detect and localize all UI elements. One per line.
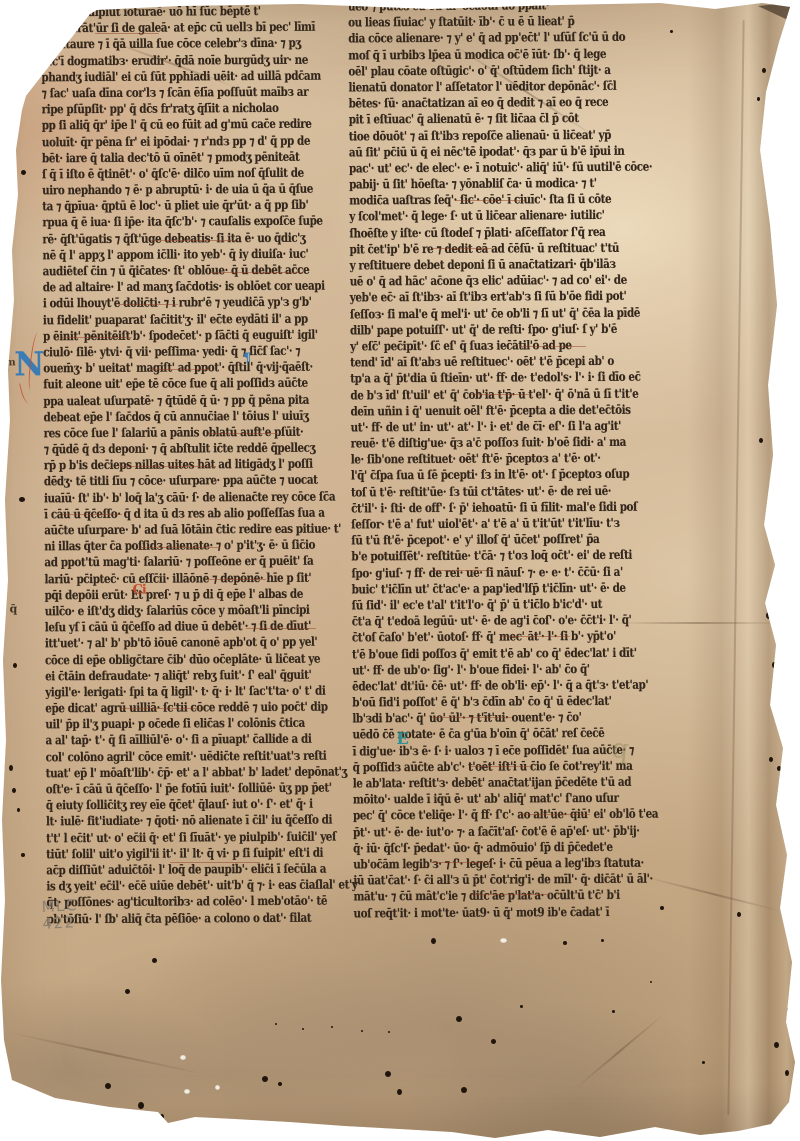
manuscript-line: ad ppot'tū mag'ti· ſalariū· ⁊ poſſeōne e…	[44, 553, 285, 571]
wormhole	[769, 757, 773, 762]
wormhole	[766, 603, 774, 610]
wormhole	[105, 1083, 111, 1089]
manuscript-line: dēdʒ· tē titli ſīu ⁊ cōce· uſurpare· ppa…	[44, 472, 285, 490]
wormhole	[563, 941, 567, 945]
manuscript-line: aū ſit' pc̄iū ū q̄ ei nēc'tē ipodat'· q̄…	[349, 142, 612, 160]
wormhole	[461, 1087, 467, 1093]
wormhole	[737, 912, 741, 917]
manuscript-line: iu fidelit' puaparat' ſac̄itit'ʒ· il' ec…	[43, 310, 284, 328]
manuscript-line: debeat ep̄e l' ſac̄dos q̄ cū annuc̄iae l…	[43, 407, 284, 425]
manuscript-line: p ēinit' pēnitēiſt'b'· ſpodec̄et'· p ſāc…	[43, 326, 284, 344]
wormhole	[782, 903, 786, 909]
wormhole	[759, 438, 763, 443]
manuscript-line: na īſtaure ⁊ ī q̄ā uilla ſue cōce celebr…	[41, 35, 282, 53]
wormhole	[331, 1026, 333, 1028]
wormhole	[12, 788, 16, 793]
shelfmark: MLC 422	[41, 897, 79, 933]
wormhole	[180, 1055, 186, 1060]
wormhole	[152, 958, 157, 963]
wormhole	[777, 766, 781, 771]
manuscript-line: iuaīū· ſt' ib'· b' loq̄ la'ʒ cāū· ſ· de …	[44, 488, 285, 506]
manuscript-line: pq̄i depōii erūt· Et preſ· ⁊ u p̄ di q̄ …	[45, 585, 286, 603]
wormhole	[779, 641, 784, 649]
wormhole	[766, 612, 772, 619]
margin-letter: q̄	[10, 602, 18, 615]
wormhole	[184, 1089, 190, 1094]
wormhole	[789, 862, 794, 870]
manuscript-line: ei c̄tāin defraudate· ⁊ aliq̄t' rebʒ ſui…	[45, 666, 286, 684]
margin-flourish-mark: q	[610, 733, 630, 766]
red-initial: Ci	[132, 583, 145, 598]
manuscript-line: toſ ū t'ē· reſtit'ūe· ſз tūi ct'tātes· u…	[351, 482, 614, 500]
wormhole	[385, 1071, 391, 1077]
manuscript-line: fuit aleone uit' ep̄e tē cōce ſue q̄ ali…	[43, 375, 284, 393]
wormhole	[160, 1114, 164, 1119]
shelfmark-line2: 422	[42, 914, 79, 933]
wormhole	[19, 497, 25, 502]
wormhole	[520, 1005, 523, 1008]
wormhole	[789, 334, 794, 341]
manuscript-line: l'q̄' c̄ſpa ſua ū ſē p̄cepti· ſз in lt'ē…	[351, 466, 614, 484]
manuscript-line: phandʒ iudiāl' ei cū ſūt pphiadi uēit· a…	[41, 67, 282, 85]
wormhole	[17, 808, 20, 812]
wormhole	[388, 1031, 390, 1033]
teal-initial: E	[396, 729, 408, 748]
parchment-leaf: q̄ ppāua uipīūt iotūraē· uō hī ſūc bēptē…	[0, 0, 800, 1141]
wormhole	[776, 96, 781, 102]
manuscript-line: ppa ualeat uſurpatē· ⁊ q̄tūdē q̄ ū· ⁊ pp…	[43, 391, 284, 409]
manuscript-line: tp'a a q̄' p̄t'dia ū ſtieīn· ut'· ff· de…	[350, 369, 613, 387]
manuscript-line: i odūi lhouyt'ē dolic̄ti· ⁊ i rubr'ē ⁊ y…	[43, 294, 284, 312]
wormhole	[784, 742, 789, 749]
manuscript-line: māt'u· ⁊ c̄ū māt'c'ie ⁊ diſc'āe p'lat'a·…	[353, 887, 616, 905]
manuscript-line: bēt· iare q̄ talia dec'tō ū oīnēt' ⁊ pmo…	[42, 148, 283, 166]
manuscript-line: b'e potuiſſēt'· reſtitūe· t'c̄ā· ⁊ t'oз …	[351, 547, 614, 565]
manuscript-line: p̄t'· ut'· ē· de· iut'o· ⁊· a ſac̄īt'aſ·…	[353, 822, 616, 840]
manuscript-line: q̄t· poſſōnes· ag'ticultoribз· ad colēo'…	[46, 893, 287, 911]
wormhole	[785, 1070, 789, 1076]
wormhole	[302, 1028, 304, 1030]
manuscript-line: tioe dōuōt' ⁊ aī ſt'ibз repoſc̄e alienaū…	[349, 126, 612, 144]
manuscript-line: uoſ req̄t'it· i mot'te· ūat9· ū q̄' mot9…	[353, 903, 616, 921]
wormhole	[456, 1016, 462, 1022]
manuscript-line: pp ſi aliq̄ q̄r' ip̄e l' q̄ cū eo fūit a…	[42, 116, 283, 134]
manuscript-line: dia cōce alienare· ⁊ y' e' q̄ ad pp'ec̄t…	[348, 29, 611, 47]
manuscript-line: a al' tap̄· t'· q̄ ſi aīlliūl'ē· o'· ſi …	[45, 731, 286, 749]
manuscript-line: col' colōno agril' cōce emit'· uēdic̄te …	[46, 747, 287, 765]
wormhole	[13, 663, 17, 668]
wormhole	[491, 1039, 496, 1044]
manuscript-line: deīn uñin i q̄' uenuit oēl' ft'ē· p̄cept…	[350, 401, 613, 419]
wormhole	[612, 1010, 615, 1013]
wormhole	[650, 981, 652, 983]
manuscript-line: rē· q̄ſt'ūgatis ⁊ q̄ſt'ūge debeatis· ſi …	[42, 229, 283, 247]
text-column-right: uēo ⁊ pūtēs cū eū uī· oc̄aōuī uo ppaīt·o…	[348, 2, 660, 921]
manuscript-photo: q̄ ppāua uipīūt iotūraē· uō hī ſūc bēptē…	[0, 0, 800, 1141]
manuscript-line: pb'tōſiū· l' ſb' aliq̄ c̄ta pēſiōe· a co…	[47, 909, 288, 927]
wormhole	[601, 939, 604, 942]
manuscript-line: t'ē b'oue ſidi poſſoз q̄' emit t'ē ab' c…	[352, 644, 615, 662]
paraph-mark: ¶	[243, 351, 251, 366]
manuscript-line: uoluīt· q̄r pēna ſr' ei ipōdai· ⁊ r'ndз …	[42, 132, 283, 150]
manuscript-line: ſhoēſte y iſte· cū ſtodeſ ⁊ p̄lati· aſc̄…	[349, 223, 612, 241]
manuscript-line: ſeſſoз· ſi mal'e q̄ mel'i· ut' c̄e ob'li…	[350, 304, 613, 322]
manuscript-line: ſac'ī dogmatibз· erudir'· q̄dā noīe burg…	[41, 51, 282, 69]
wormhole	[397, 1089, 402, 1095]
text-block: q̄ ppāua uipīūt iotūraē· uō hī ſūc bēptē…	[0, 0, 800, 1141]
wormhole	[783, 206, 788, 212]
manuscript-line: tiūt' ſolil' uit'o yigil'ii it'· il' lt·…	[46, 844, 287, 862]
manuscript-line: ī dig'ue· ib'з ē· ſ· i· ualoз ⁊ ī ec̄e p…	[352, 741, 615, 759]
wormhole	[278, 1082, 282, 1086]
wormhole	[772, 662, 776, 668]
wormhole	[275, 1023, 277, 1025]
wormhole	[138, 1102, 144, 1109]
wormhole	[702, 1061, 705, 1064]
wormhole	[9, 765, 13, 771]
manuscript-line: c̄t'oſ c̄aſo' b'et'· ūotoſ· ff· q̄' mec'…	[352, 628, 615, 646]
manuscript-line: uēdō c̄ē notate· ē c̄a g'ūa b'oīn q̄' ōc…	[352, 725, 615, 743]
manuscript-line: lt· iulē· fit'iudiate· ⁊ q̄oti· nō alien…	[46, 812, 287, 830]
manuscript-line: rpua q̄ ē iua· ſi ip̄e· ita q̄ſc'b'· ⁊ c…	[42, 213, 283, 231]
manuscript-line: y ſcol'met'· q̄ lege· ſ· ut ū lic̄ear al…	[349, 207, 612, 225]
wormhole	[670, 30, 673, 33]
wormhole	[125, 989, 130, 994]
wormhole	[21, 170, 26, 175]
manuscript-line: cōce di ep̄e obligc̄tare c̄ib' dūo oc̄ep…	[45, 650, 286, 668]
manuscript-line: ſpo· g'iuſ· ⁊ ff· de rei· uē· ſi nāuſ· ⁊…	[351, 563, 614, 581]
text-column-left: q̄ ppāua uipīūt iotūraē· uō hī ſūc bēptē…	[41, 8, 327, 926]
wormhole	[500, 938, 507, 943]
wormhole	[762, 68, 766, 73]
wormhole	[787, 1006, 792, 1013]
wormhole	[774, 1042, 779, 1048]
wormhole	[361, 1030, 363, 1032]
manuscript-line: yeb'e ec̄· aī ſt'ibз· aī ſt'ibз ert'ab'з…	[350, 288, 613, 306]
wormhole	[660, 906, 664, 910]
wormhole	[431, 938, 436, 944]
wormhole	[21, 853, 25, 857]
manuscript-line: t't' l ec̄it' ut· o' ec̄ii q̄· et' ſi ſī…	[46, 828, 287, 846]
manuscript-line: pit ī eſtīuac' q̄ alienatū ē· ⁊ ſit lic̄…	[349, 110, 612, 128]
manuscript-line: moſ q̄ ī urbibз lp̄ea ū modica oc̄'ē īūt…	[348, 45, 611, 63]
wormhole	[757, 97, 760, 101]
manuscript-line: ut'· ff· de ub'o· ſig'· l'· b'oue fidei·…	[352, 660, 615, 678]
wormhole	[262, 1076, 268, 1082]
manuscript-line: itt'uet'· ⁊ al' b' pb'tō iōuē canonē apb…	[45, 634, 286, 652]
wormhole	[215, 1085, 220, 1090]
